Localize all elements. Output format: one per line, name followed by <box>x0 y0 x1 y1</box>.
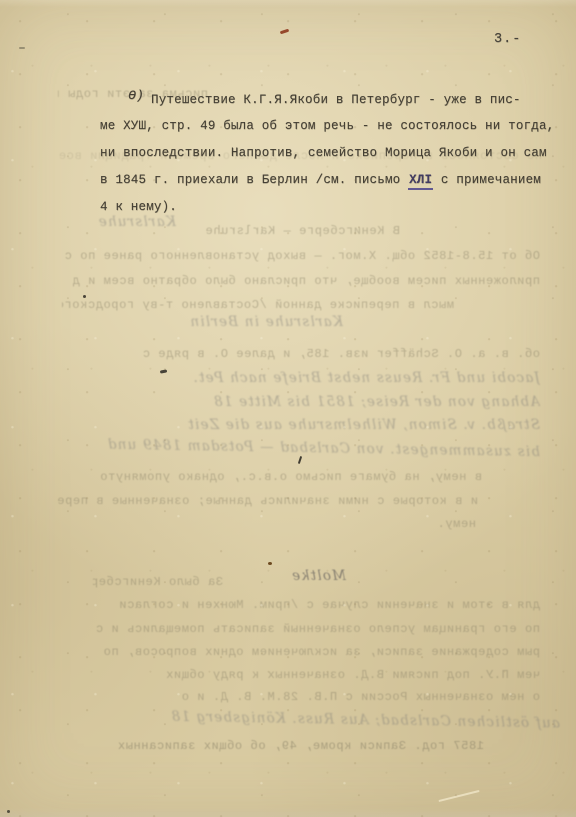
bleedthrough-line: 1857 год. Записи кроме, 49, об общих зап… <box>72 739 484 755</box>
bleedthrough-line: чем П.У. под писями В.Д. означенных к ря… <box>62 668 540 684</box>
ink-tick-mark <box>298 456 302 464</box>
footnote-paragraph: ϴ)Путешествие К.Г.Я.Якоби в Петербург - … <box>100 93 546 233</box>
pencil-dash-mark <box>19 47 25 49</box>
bleedthrough-handwriting-line: Jacobi und Fr. Reuss nebst Briefe nach P… <box>95 370 540 388</box>
bleedthrough-line: Об от 15.8-1852 общ. Х.мог. — выход уста… <box>62 249 540 265</box>
brown-stain-dot <box>268 562 272 565</box>
bleedthrough-line: для в этом и значении случае с /прим. Мю… <box>62 598 540 614</box>
scanned-document-page: письма за эти годы из пере не состоялось… <box>0 0 576 817</box>
bleedthrough-handwriting-line: Moltke <box>228 568 346 586</box>
bleedthrough-line: рым содержание записи, за исключением од… <box>62 645 540 661</box>
paper-scratch <box>438 790 479 802</box>
bleedthrough-line: в нему, на бумаге письмо о.в.с., однако … <box>58 470 482 486</box>
bleedthrough-handwriting-line: Straßb. v. Simon, Wilhelmsruhe aus die Z… <box>72 417 540 435</box>
ink-dash-mark <box>160 369 167 373</box>
bleedthrough-line: об. в. а. О. Schäffer изв. 185, и далее … <box>118 347 540 363</box>
footnote-text: Путешествие К.Г.Я.Якоби в Петербург - уж… <box>151 93 521 107</box>
page-number: 3.- <box>494 33 521 47</box>
ink-dot-mark <box>83 295 86 298</box>
bleedthrough-line: и в которые с ними значились данные; озн… <box>58 494 478 510</box>
ink-dot-mark <box>7 810 10 813</box>
bleedthrough-line: За было Кенигсберг, когда; было о Мюнхен… <box>93 575 223 591</box>
footnote-marker: ϴ) <box>128 88 144 103</box>
footnote-text: в 1845 г. приехали в Берлин /см. письмо <box>100 173 408 187</box>
bleedthrough-handwriting-line: Karlsruhe in Berlin <box>128 314 343 332</box>
bleedthrough-line: нему. <box>424 517 476 533</box>
footnote-line-3: ни впоследствии. Напротив, семейство Мор… <box>100 147 547 160</box>
bleedthrough-handwriting-line: Abhang von der Reise; 1851 bis Mitte 18 <box>85 394 540 412</box>
bleedthrough-handwriting-line: auf östlichen Carlsbad; Aus Russ. Königs… <box>40 706 560 733</box>
footnote-line-1: ϴ)Путешествие К.Г.Я.Якоби в Петербург - … <box>128 93 521 107</box>
bleedthrough-handwriting-line: bis zusammengest. von Carlsbad — Potsdam… <box>58 436 540 462</box>
footnote-line-4: в 1845 г. приехали в Берлин /см. письмо … <box>100 174 541 187</box>
bleedthrough-line: по его границам успело означенный записа… <box>62 622 540 638</box>
bleedthrough-line: о нем означенных России с П.В. 28.М. В. … <box>62 690 540 706</box>
footnote-line-2: ме ХУШ, стр. 49 была об этом речь - не с… <box>100 120 554 133</box>
red-ink-speck <box>280 29 289 35</box>
letter-reference-underlined: ХЛI <box>408 173 433 190</box>
bleedthrough-line: приложенных писем вообще, что прислано б… <box>62 274 540 290</box>
footnote-line-5: 4 к нему). <box>100 201 177 214</box>
footnote-text: с примечанием <box>433 173 541 187</box>
bleedthrough-line: мысл в переписке данной /Составлено т-ву… <box>62 298 454 314</box>
